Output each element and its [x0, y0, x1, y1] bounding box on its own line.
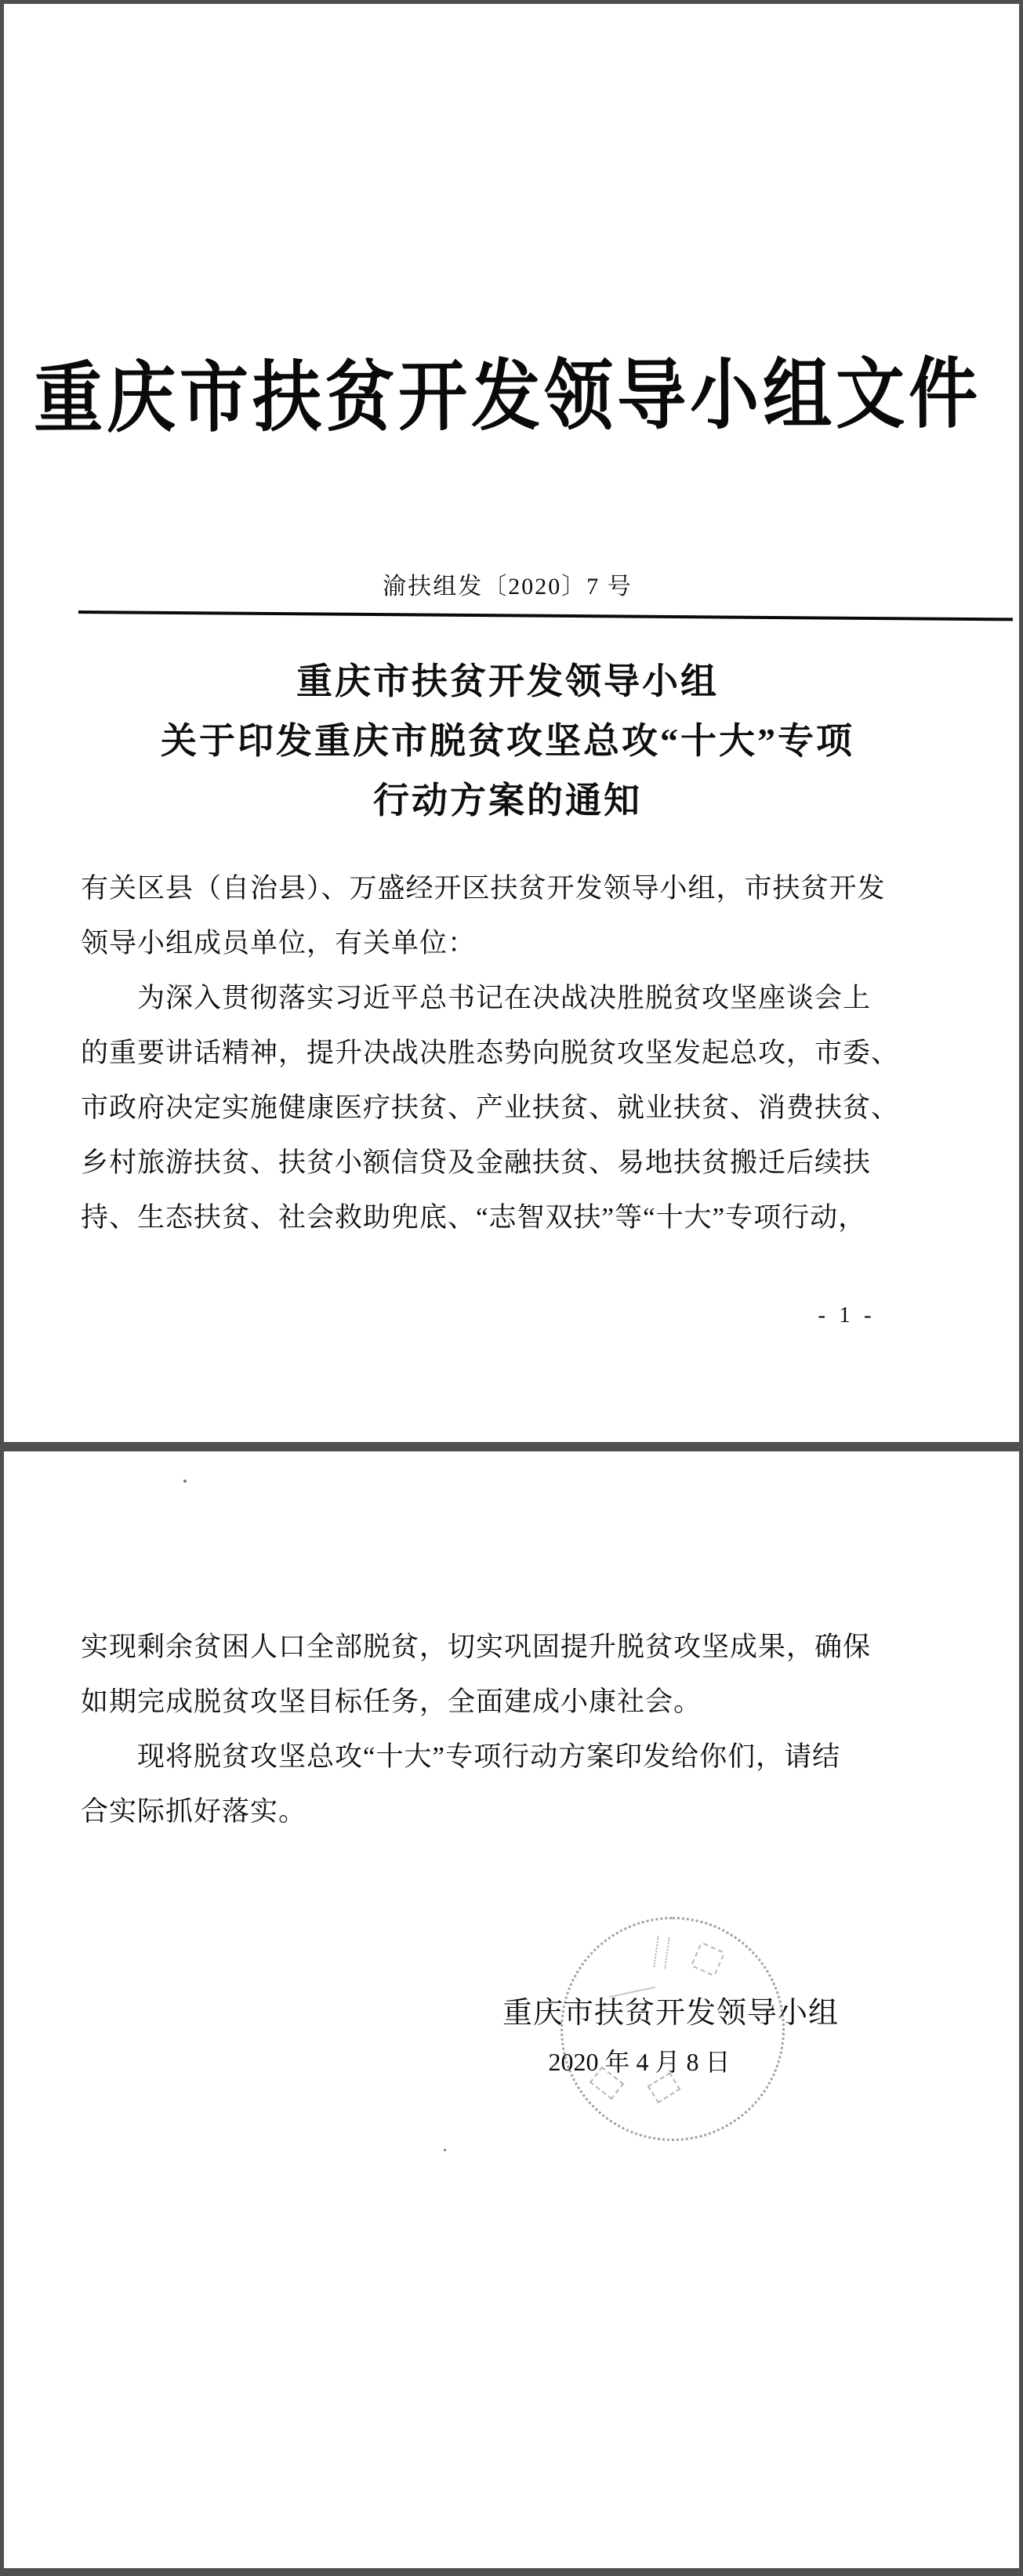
scan-noise-speck [183, 1480, 187, 1483]
scan-edge-right [1019, 0, 1023, 2576]
salutation-line: 领导小组成员单位，有关单位： [81, 916, 943, 971]
body-text-line: 乡村旅游扶贫、扶贫小额信贷及金融扶贫、易地扶贫搬迁后续扶 [81, 1136, 943, 1190]
body-text-line: 为深入贯彻落实习近平总书记在决战决胜脱贫攻坚座谈会上 [81, 971, 943, 1026]
page-number: - 1 - [788, 1302, 905, 1328]
salutation-line: 有关区县（自治县）、万盛经开区扶贫开发领导小组，市扶贫开发 [81, 861, 943, 916]
body-text-line: 如期完成脱贫攻坚目标任务，全面建成小康社会。 [81, 1675, 943, 1730]
issuing-authority-signature: 重庆市扶贫开发领导小组 [459, 1988, 839, 2031]
issue-date: 2020 年 4 月 8 日 [539, 2042, 739, 2078]
scanned-document: 重庆市扶贫开发领导小组文件 渝扶组发〔2020〕7 号 重庆市扶贫开发领导小组 … [0, 0, 1023, 2576]
document-title-line-3: 行动方案的通知 [0, 771, 1015, 831]
body-text-line: 现将脱贫攻坚总攻“十大”专项行动方案印发给你们，请结 [81, 1730, 943, 1784]
page-1-body-text: 有关区县（自治县）、万盛经开区扶贫开发领导小组，市扶贫开发 领导小组成员单位，有… [81, 861, 943, 1245]
stamp-artifact [653, 1936, 669, 1969]
document-reference-number: 渝扶组发〔2020〕7 号 [0, 567, 1015, 601]
scan-edge-bottom [0, 2568, 1023, 2576]
body-text-line: 的重要讲话精神，提升决战决胜态势向脱贫攻坚发起总攻，市委、 [81, 1026, 943, 1081]
body-text-line: 实现剩余贫困人口全部脱贫，切实巩固提升脱贫攻坚成果，确保 [81, 1620, 943, 1675]
red-header-banner-title: 重庆市扶贫开发领导小组文件 [0, 332, 1015, 448]
document-title-line-2: 关于印发重庆市脱贫攻坚总攻“十大”专项 [0, 712, 1015, 771]
document-title: 重庆市扶贫开发领导小组 关于印发重庆市脱贫攻坚总攻“十大”专项 行动方案的通知 [0, 652, 1015, 831]
document-title-line-1: 重庆市扶贫开发领导小组 [0, 652, 1015, 712]
body-text-line: 市政府决定实施健康医疗扶贫、产业扶贫、就业扶贫、消费扶贫、 [81, 1081, 943, 1136]
body-text-line: 合实际抓好落实。 [81, 1784, 943, 1839]
scan-noise-speck [444, 2149, 446, 2151]
page-separator [0, 1442, 1023, 1451]
page-2-body-text: 实现剩余贫困人口全部脱贫，切实巩固提升脱贫攻坚成果，确保 如期完成脱贫攻坚目标任… [81, 1620, 943, 1839]
body-text-line: 持、生态扶贫、社会救助兜底、“志智双扶”等“十大”专项行动， [81, 1190, 943, 1245]
stamp-artifact [691, 1942, 726, 1977]
